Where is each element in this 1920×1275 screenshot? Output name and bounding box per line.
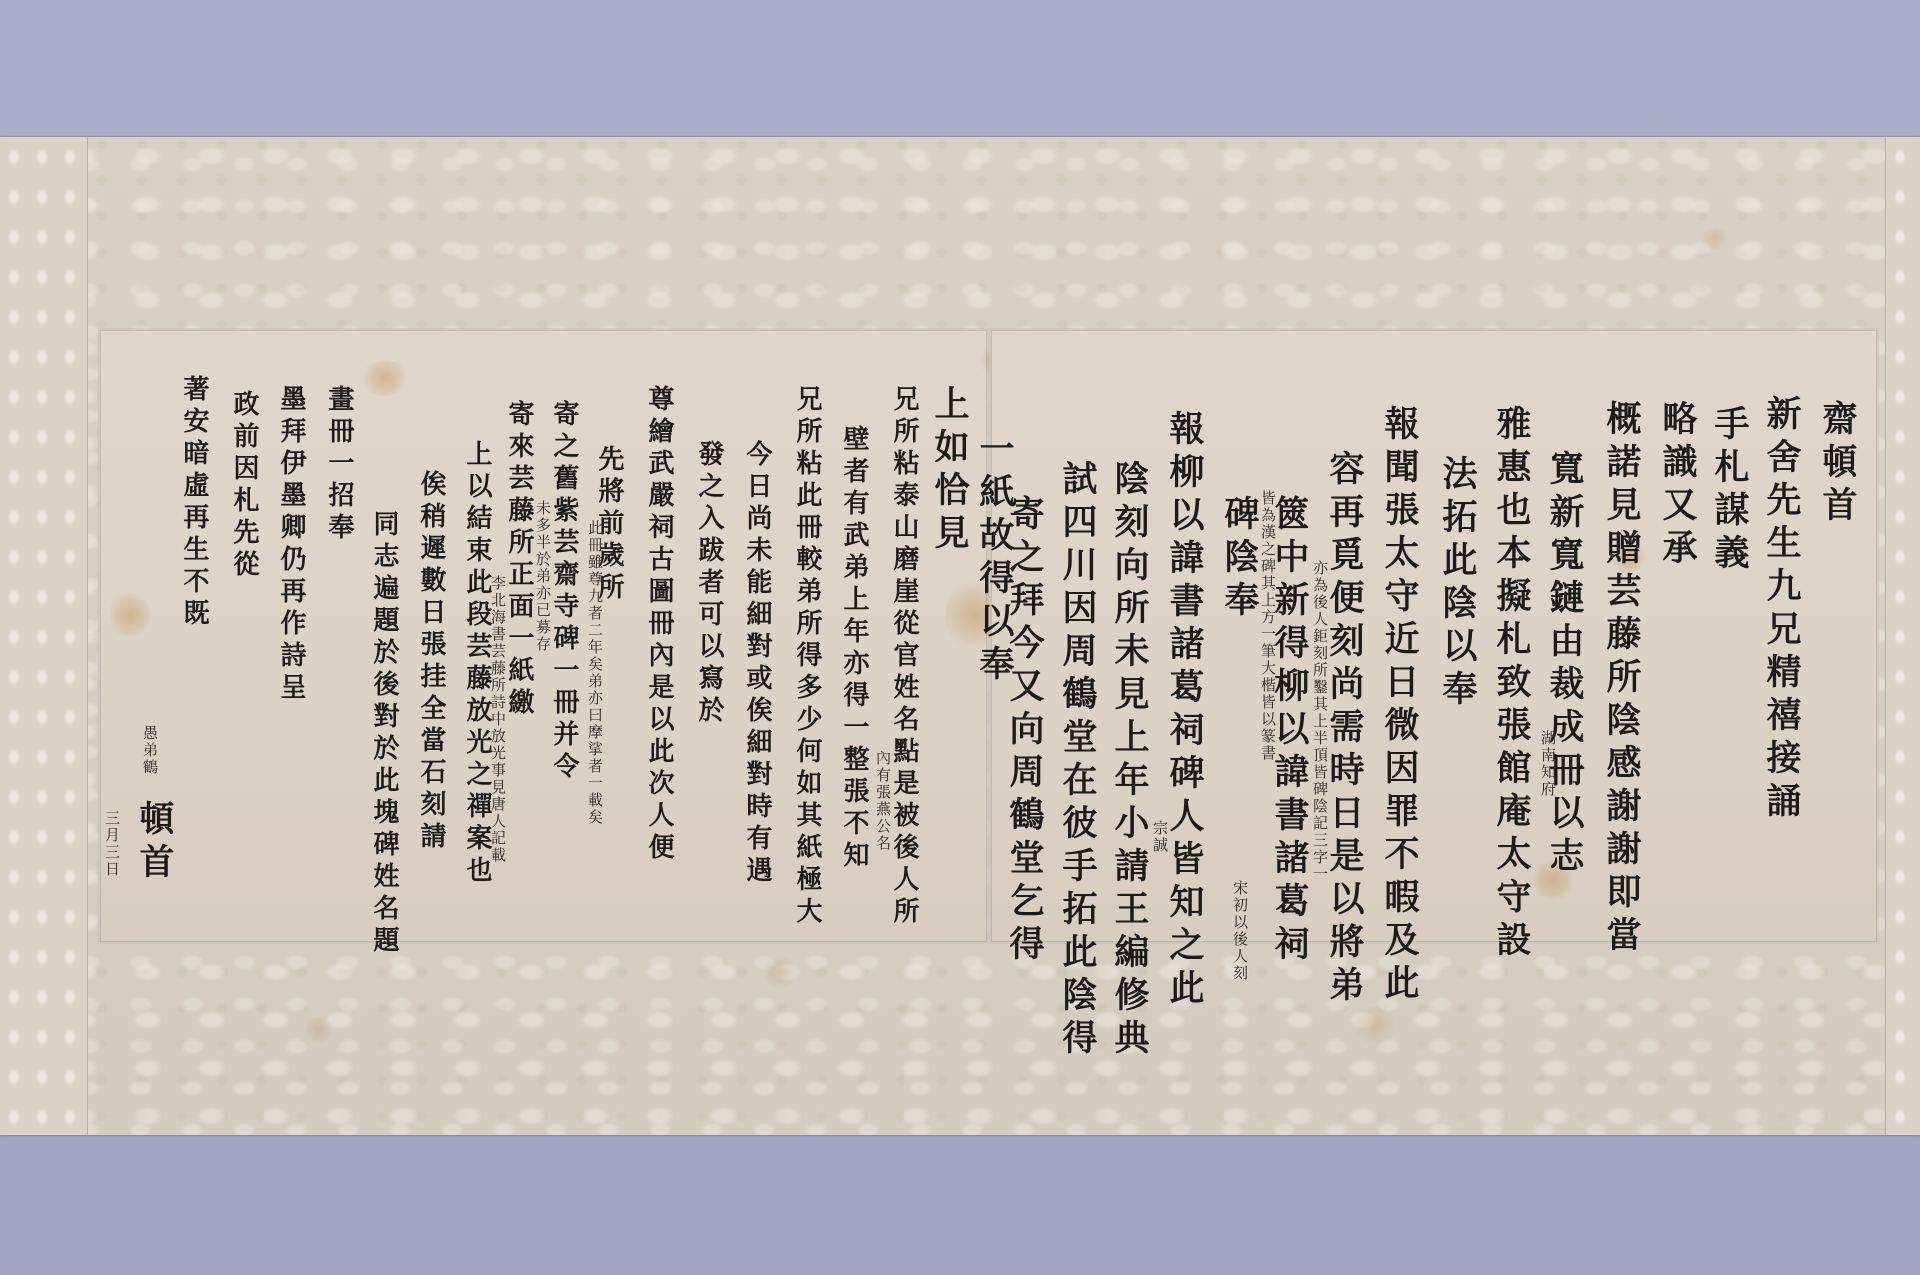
stain <box>110 590 150 640</box>
calligraphy-column: 今日尚未能細對或俟細對時有遇 <box>744 440 770 888</box>
calligraphy-column: 畫冊一招奉 <box>326 385 352 545</box>
scroll-left-edge-strip <box>0 137 88 1135</box>
calligraphy-column: 容再覓便刻尚需時日是以將弟 <box>1327 450 1362 1009</box>
calligraphy-column: 同志遍題於後對於此塊碑姓名題 <box>371 510 397 958</box>
calligraphy-column: 著安暗虛再生不既 <box>181 375 207 631</box>
calligraphy-column: 陰刻向所未見上年小請王編修典 <box>1112 460 1147 1062</box>
calligraphy-column: 一紙故得以奉 <box>977 430 1012 688</box>
calligraphy-column: 宋初以後人刻 <box>1232 880 1247 982</box>
calligraphy-column: 亦為後人鉅刻所鑿其上半頂皆碑陰記三字一 <box>1312 560 1327 883</box>
calligraphy-column: 手札謀義 <box>1712 405 1747 577</box>
foxing-spot <box>1350 1007 1400 1043</box>
calligraphy-column: 寄來芸藤所正面一紙繳 <box>506 400 532 720</box>
calligraphy-column: 俟稍遲數日張挂全當石刻請 <box>418 470 444 854</box>
calligraphy-column: 湖南知府 <box>1540 730 1555 798</box>
calligraphy-column: 法拓此陰以奉 <box>1440 455 1475 713</box>
calligraphy-column: 寬新寬鏈由裁成冊以志 <box>1547 450 1582 880</box>
calligraphy-column: 頓首 <box>137 800 172 886</box>
calligraphy-column: 宗誠 <box>1152 820 1167 854</box>
calligraphy-column: 報聞張太守近日微因罪不暇及此 <box>1382 405 1417 1007</box>
calligraphy-column: 概諾見贈芸藤所陰感謝謝即當 <box>1604 400 1639 959</box>
calligraphy-column: 未多半於弟亦已募存 <box>535 500 550 653</box>
stain <box>360 360 410 396</box>
calligraphy-column: 雅惠也本擬札致張館庵太守設 <box>1494 405 1529 964</box>
calligraphy-column: 愚弟鶴 <box>142 725 157 776</box>
calligraphy-column: 政前因札先從 <box>231 390 257 582</box>
calligraphy-column: 報柳以諱書諸葛祠碑人皆知之此 <box>1167 410 1202 1012</box>
calligraphy-column: 李北海書芸藤所詩中放光事見唐人記載 <box>490 575 505 864</box>
calligraphy-column: 三月三日 <box>104 810 119 878</box>
calligraphy-column: 壁者有武弟上年亦得一整張不知 <box>841 425 867 873</box>
calligraphy-column: 篋中新得柳以諱書諸葛祠 <box>1272 495 1307 968</box>
calligraphy-column: 新舍先生九兄精禧接誦 <box>1764 395 1799 825</box>
calligraphy-column: 試四川因周鶴堂在彼手拓此陰得 <box>1060 460 1095 1062</box>
calligraphy-column: 兄所粘此冊較弟所得多少何如其紙極大 <box>794 385 820 929</box>
scroll-right-edge-strip <box>1885 137 1920 1135</box>
calligraphy-column: 發之入跋者可以寫於 <box>696 440 722 728</box>
foxing-spot <box>300 1017 336 1043</box>
foxing-spot <box>1700 227 1730 251</box>
calligraphy-column: 略識又承 <box>1660 400 1695 572</box>
calligraphy-column: 內有張燕公名 <box>875 750 890 852</box>
calligraphy-column: 墨拜伊墨卿仍再作詩呈 <box>278 385 304 705</box>
calligraphy-column: 兄所粘泰山磨崖從官姓名點是被後人所 <box>891 385 917 929</box>
calligraphy-column: 皆為漢之碑其上方一筆大楷皆以篆書 <box>1260 490 1275 762</box>
calligraphy-column: 上如恰見 <box>932 385 967 557</box>
calligraphy-column: 尊繪武嚴祠古圖冊內是以此次人便 <box>646 385 672 865</box>
calligraphy-column: 碑陰奉 <box>1222 495 1257 624</box>
calligraphy-column: 上以結束此段芸藤放光之禪案也 <box>464 440 490 888</box>
calligraphy-column: 齋頓首 <box>1820 400 1855 529</box>
calligraphy-column: 此冊雖尊九者二年矣弟亦曰摩挲者一載矣 <box>587 520 602 826</box>
foxing-spot <box>760 957 800 987</box>
calligraphy-column: 寄之舊紫芸齋寺碑一冊并令 <box>551 400 577 784</box>
